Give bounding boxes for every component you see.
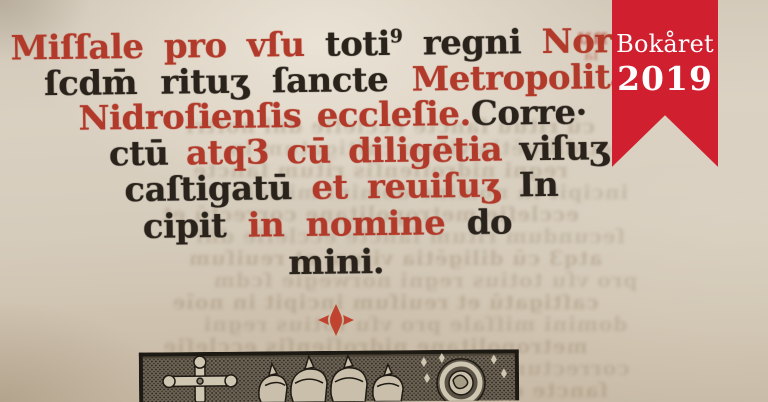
title-segment: caſtigatū (124, 168, 312, 210)
title-segment: cipit (143, 206, 248, 247)
title-line: caſtigatū et reuiſuʒ In (124, 168, 558, 207)
ribbon-year-label: 2019 (612, 59, 718, 98)
photo-of-missale-title-page: cū rituū ſancte eccleſie dn̄i noſtriet d… (0, 0, 768, 402)
title-segment: ctū (109, 133, 186, 174)
woodcut-engraving (139, 349, 519, 402)
title-segment: toti (325, 24, 390, 65)
title-segment: 9 (390, 25, 403, 47)
title-segment: In (518, 165, 558, 205)
title-segment: in nomine (247, 203, 466, 246)
title-line: cipit in nomine do (143, 205, 513, 244)
ribbon-title-label: Bokåret (612, 30, 718, 58)
title-segment: viſuʒ (519, 128, 608, 169)
title-segment: do (466, 202, 512, 243)
title-segment: mini. (288, 242, 384, 283)
title-segment: et reuiſuʒ (311, 165, 519, 208)
title-line: mini. (288, 245, 384, 280)
cross-pattee-icon (315, 301, 357, 343)
